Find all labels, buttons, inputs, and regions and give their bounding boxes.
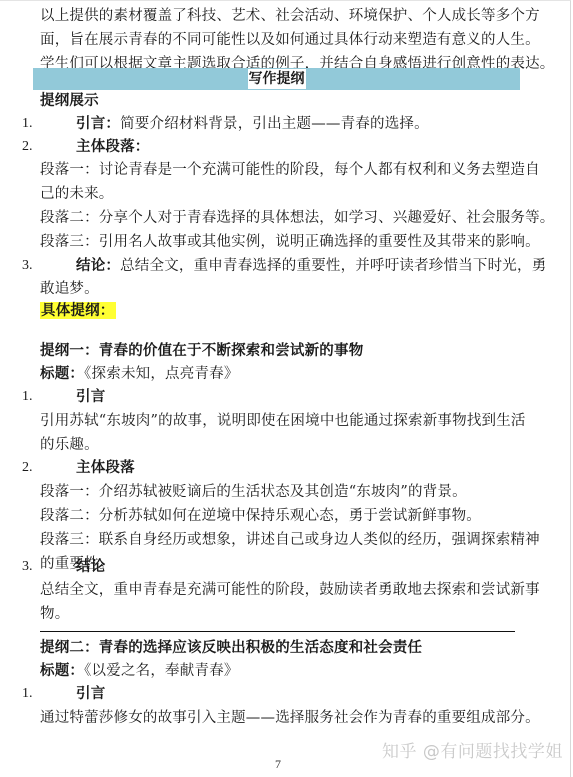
section-line: 段落三：联系自身经历或想象，讲述自己或身边人类似的经历，强调探索精神 (40, 528, 540, 552)
list-number: 1. (22, 682, 33, 706)
watermark: 知乎 @有问题找找学姐 (382, 737, 563, 762)
document-page: 以上提供的素材覆盖了科技、艺术、社会活动、环境保护、个人成长等多个方 面，旨在展… (0, 0, 571, 777)
list-number: 1. (22, 385, 33, 409)
intro-line: 以上提供的素材覆盖了科技、艺术、社会活动、环境保护、个人成长等多个方 (40, 4, 540, 28)
outline-display-heading: 提纲展示 (40, 89, 99, 113)
highlighted-heading: 具体提纲： (40, 302, 116, 319)
section-line: 段落二：分析苏轼如何在逆境中保持乐观心态，勇于尝试新鲜事物。 (40, 504, 481, 528)
item-text-continued: 敢追梦。 (40, 277, 99, 301)
title-label: 标题： (40, 662, 84, 679)
horizontal-divider (40, 631, 515, 632)
list-number: 3. (22, 555, 33, 579)
title-text: 《以爱之名，奉献青春》 (84, 663, 238, 679)
item-text: 简要介绍材料背景，引出主题——青春的选择。 (120, 116, 429, 132)
body-paragraph: 段落二：分享个人对于青春选择的具体想法，如学习、兴趣爱好、社会服务等。 (40, 206, 555, 230)
section-label: 引言 (76, 682, 105, 706)
outline1-title: 标题：《探索未知，点亮青春》 (40, 362, 239, 386)
item-label: 主体段落： (76, 135, 150, 159)
intro-line: 面，旨在展示青春的不同可能性以及如何通过具体行动来塑造有意义的人生。 (40, 28, 540, 52)
outline2-title: 标题：《以爱之名，奉献青春》 (40, 659, 239, 683)
list-item-conclusion: 结论：总结全文，重申青春选择的重要性，并呼吁读者珍惜当下时光，勇 (76, 254, 546, 278)
item-label: 结论： (76, 257, 120, 274)
section-banner: 写作提纲 (33, 68, 520, 90)
section-label: 主体段落 (76, 456, 135, 480)
item-text: 总结全文，重申青春选择的重要性，并呼吁读者珍惜当下时光，勇 (120, 258, 546, 274)
section-line: 通过特蕾莎修女的故事引入主题——选择服务社会作为青春的重要组成部分。 (40, 706, 540, 730)
banner-title: 写作提纲 (248, 69, 306, 89)
section-line: 引用苏轼“东坡肉”的故事，说明即使在困境中也能通过探索新事物找到生活 (40, 409, 526, 433)
body-paragraph: 己的未来。 (40, 182, 114, 206)
section-line: 总结全文，重申青春是充满可能性的阶段，鼓励读者勇敢地去探索和尝试新事 (40, 578, 540, 602)
title-text: 《探索未知，点亮青春》 (84, 366, 238, 382)
specific-outline-heading: 具体提纲： (40, 299, 116, 323)
section-label: 引言 (76, 385, 105, 409)
list-number: 1. (22, 112, 33, 136)
outline1-heading: 提纲一：青春的价值在于不断探索和尝试新的事物 (40, 339, 363, 363)
page-number: 7 (275, 757, 281, 772)
section-label: 结论 (76, 555, 105, 579)
section-line: 的乐趣。 (40, 433, 99, 457)
title-label: 标题： (40, 365, 84, 382)
outline2-heading: 提纲二：青春的选择应该反映出积极的生活态度和社会责任 (40, 636, 422, 660)
list-number: 3. (22, 254, 33, 278)
section-line: 物。 (40, 602, 69, 626)
section-line: 段落一：介绍苏轼被贬谪后的生活状态及其创造“东坡肉”的背景。 (40, 480, 467, 504)
body-paragraph: 段落三：引用名人故事或其他实例，说明正确选择的重要性及其带来的影响。 (40, 230, 540, 254)
body-paragraph: 段落一：讨论青春是一个充满可能性的阶段，每个人都有权利和义务去塑造自 (40, 158, 540, 182)
list-number: 2. (22, 456, 33, 480)
list-number: 2. (22, 135, 33, 159)
item-label: 引言： (76, 115, 120, 132)
list-item-intro: 引言：简要介绍材料背景，引出主题——青春的选择。 (76, 112, 429, 136)
